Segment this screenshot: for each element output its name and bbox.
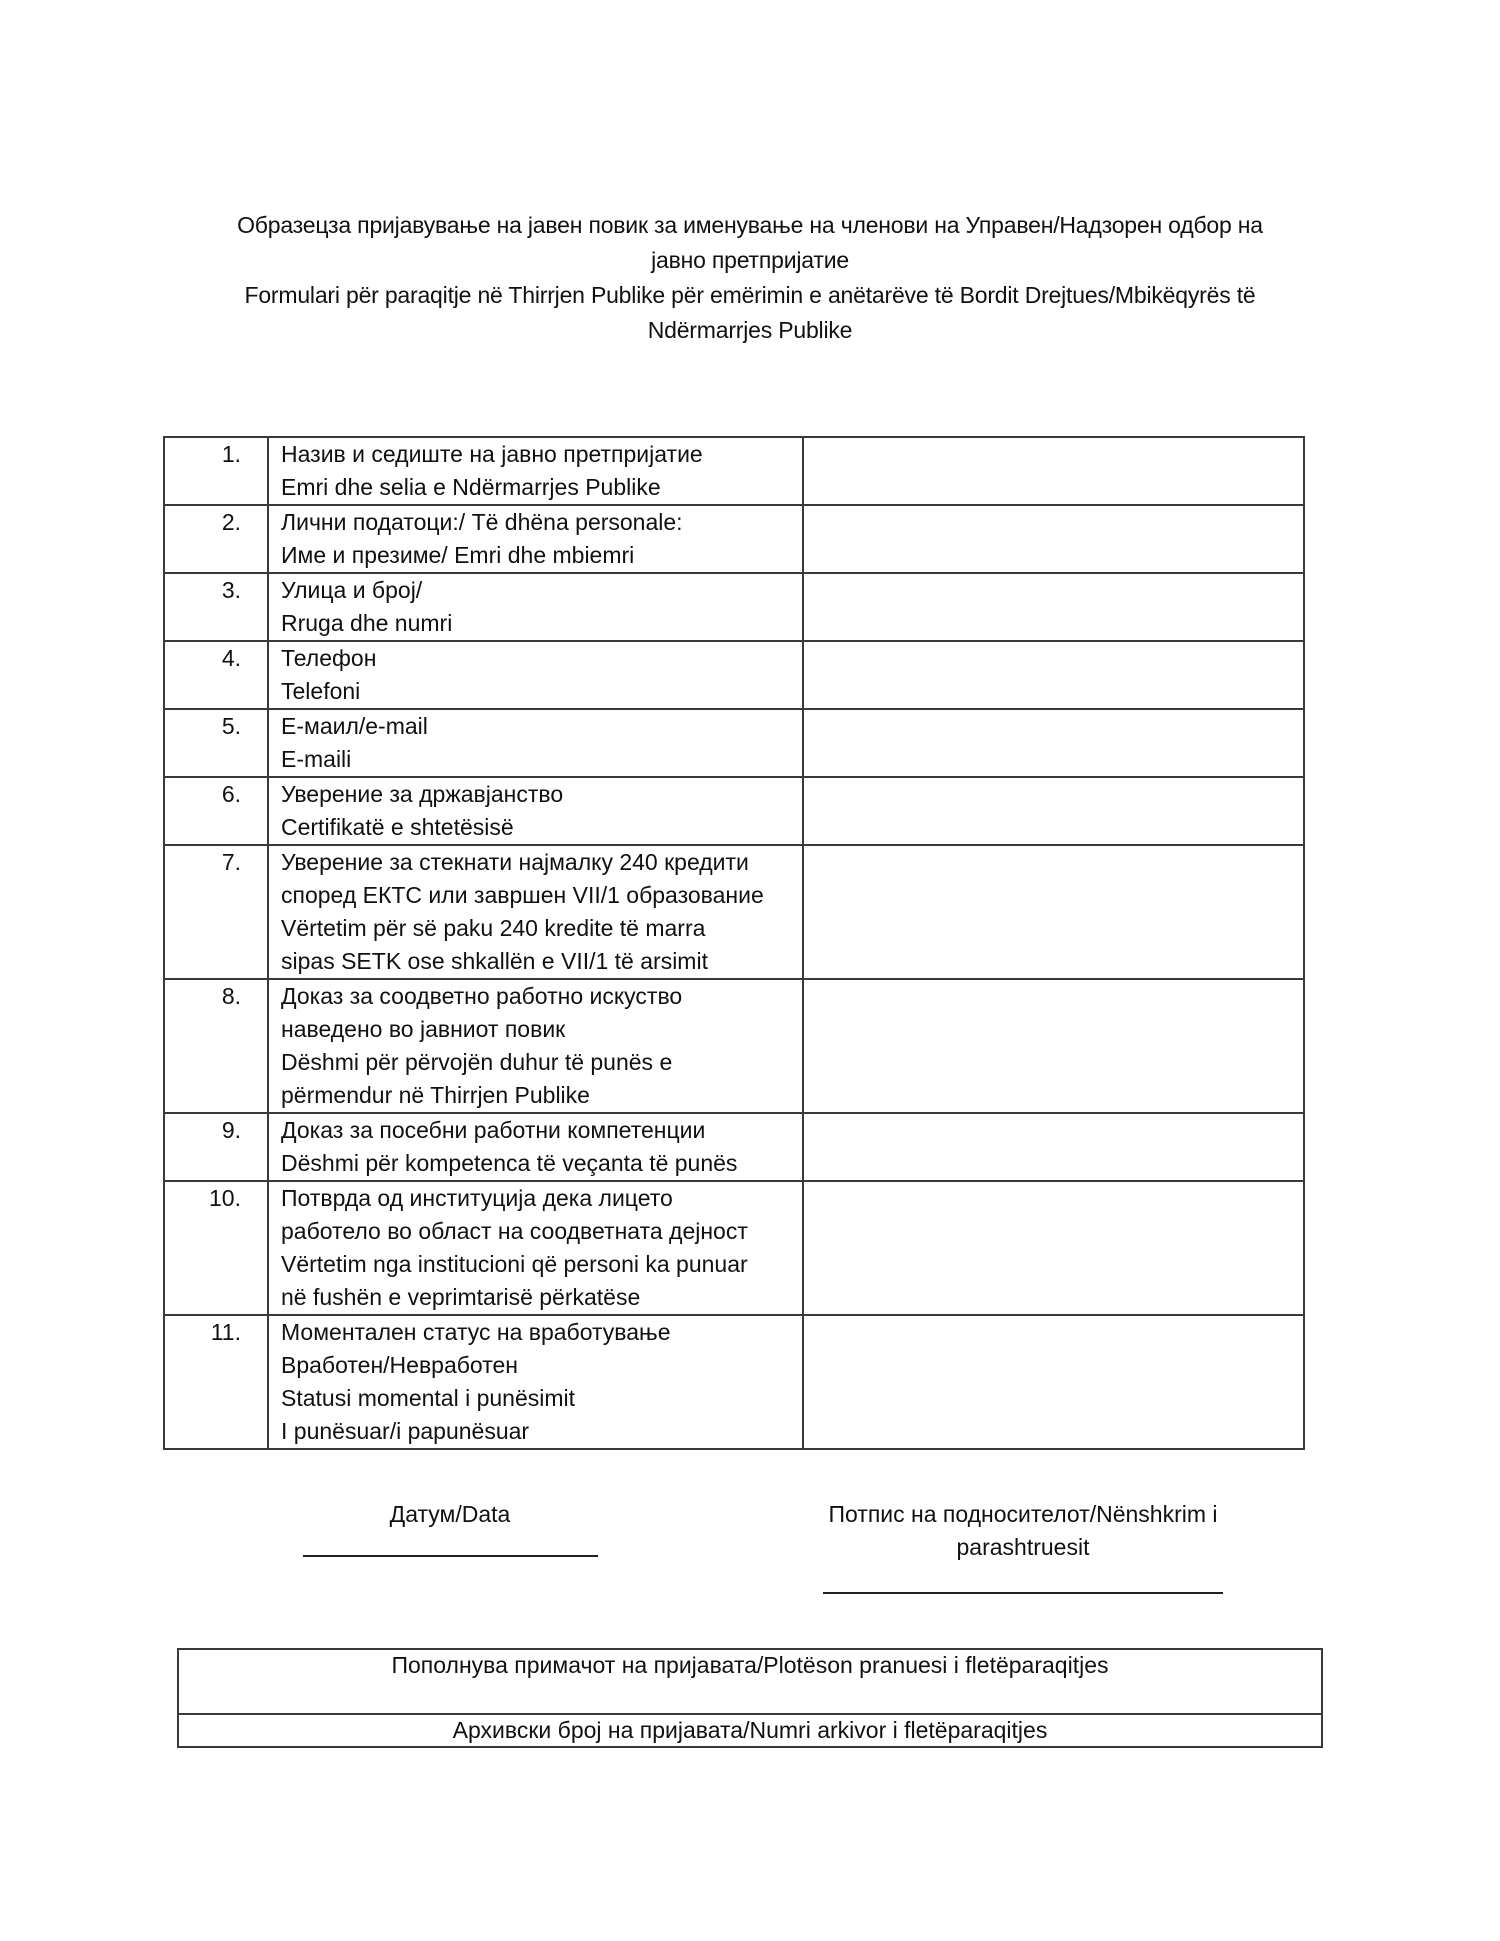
application-form-table: 1.Назив и седиште на јавно претпријатиеE…	[163, 436, 1305, 1450]
date-field[interactable]	[303, 1555, 598, 1557]
row-label: Уверение за стекнати најмалку 240 кредит…	[268, 845, 803, 979]
row-label-line: Certifikatë e shtetësisë	[281, 811, 802, 844]
table-row: 7.Уверение за стекнати најмалку 240 кред…	[164, 845, 1304, 979]
row-label-line: Лични податоци:/ Të dhëna personale:	[281, 506, 802, 539]
title-line-mk-1: Образецза пријавување на јавен повик за …	[150, 208, 1350, 243]
row-label-line: Dëshmi për kompetenca të veçanta të punë…	[281, 1147, 802, 1180]
row-number: 8.	[164, 979, 268, 1113]
row-label: Уверение за државјанствоCertifikatë e sh…	[268, 777, 803, 845]
row-number: 10.	[164, 1181, 268, 1315]
row-label-line: Вработен/Невработен	[281, 1349, 802, 1382]
row-label-line: I punësuar/i papunësuar	[281, 1415, 802, 1448]
row-value-field[interactable]	[803, 437, 1304, 505]
table-row: 10.Потврда од институција дека лицетораб…	[164, 1181, 1304, 1315]
row-number: 11.	[164, 1315, 268, 1449]
row-label-line: Emri dhe selia e Ndërmarrjes Publike	[281, 471, 802, 504]
title-line-sq-2: Ndërmarrjes Publike	[150, 313, 1350, 348]
row-label-line: E-maili	[281, 743, 802, 776]
title-line-sq-1: Formulari për paraqitje në Thirrjen Publ…	[150, 278, 1350, 313]
row-label: Улица и број/Rruga dhe numri	[268, 573, 803, 641]
signature-label-line-1: Потпис на подносителот/Nënshkrim i	[800, 1498, 1246, 1531]
receiver-filled-by-cell[interactable]: Пополнува примачот на пријавата/Plotëson…	[178, 1649, 1322, 1714]
title-line-mk-2: јавно претпријатие	[150, 243, 1350, 278]
table-row: 3.Улица и број/Rruga dhe numri	[164, 573, 1304, 641]
row-label: ТелефонTelefoni	[268, 641, 803, 709]
row-label-line: në fushën e veprimtarisë përkatëse	[281, 1281, 802, 1314]
date-label: Датум/Data	[390, 1501, 511, 1527]
archive-number-label: Архивски број на пријавата/Numri arkivor…	[453, 1717, 1048, 1743]
row-label-line: Уверение за стекнати најмалку 240 кредит…	[281, 846, 802, 879]
table-row: 11.Моментален статус на вработувањеВрабо…	[164, 1315, 1304, 1449]
row-value-field[interactable]	[803, 505, 1304, 573]
row-label-line: Улица и број/	[281, 574, 802, 607]
row-label-line: Потврда од институција дека лицето	[281, 1182, 802, 1215]
row-label-line: Dëshmi për përvojën duhur të punës e	[281, 1046, 802, 1079]
row-value-field[interactable]	[803, 1181, 1304, 1315]
page-title: Образецза пријавување на јавен повик за …	[150, 208, 1350, 348]
receiver-box: Пополнува примачот на пријавата/Plotëson…	[177, 1648, 1323, 1748]
row-label-line: Vërtetim për së paku 240 kredite të marr…	[281, 912, 802, 945]
row-label: Моментален статус на вработувањеВработен…	[268, 1315, 803, 1449]
row-label-line: Rruga dhe numri	[281, 607, 802, 640]
row-label: Назив и седиште на јавно претпријатиеEmr…	[268, 437, 803, 505]
row-label-line: Уверение за државјанство	[281, 778, 802, 811]
row-label-line: Доказ за посебни работни компетенции	[281, 1114, 802, 1147]
row-label-line: përmendur në Thirrjen Publike	[281, 1079, 802, 1112]
receiver-filled-by-label: Пополнува примачот на пријавата/Plotëson…	[391, 1652, 1108, 1678]
row-value-field[interactable]	[803, 979, 1304, 1113]
row-number: 6.	[164, 777, 268, 845]
row-value-field[interactable]	[803, 709, 1304, 777]
row-label-line: Statusi momental i punësimit	[281, 1382, 802, 1415]
row-number: 4.	[164, 641, 268, 709]
row-number: 1.	[164, 437, 268, 505]
row-value-field[interactable]	[803, 845, 1304, 979]
row-value-field[interactable]	[803, 573, 1304, 641]
row-value-field[interactable]	[803, 1315, 1304, 1449]
row-label-line: Vërtetim nga institucioni që personi ka …	[281, 1248, 802, 1281]
row-label: Лични податоци:/ Të dhëna personale:Име …	[268, 505, 803, 573]
signature-section: Потпис на подносителот/Nënshkrim i paras…	[800, 1498, 1246, 1594]
row-label-line: Е-маил/e-mail	[281, 710, 802, 743]
signature-label-line-2: parashtruesit	[800, 1531, 1246, 1564]
table-row: 8.Доказ за соодветно работно искуствонав…	[164, 979, 1304, 1113]
row-label: Доказ за посебни работни компетенцииDësh…	[268, 1113, 803, 1181]
row-number: 3.	[164, 573, 268, 641]
table-row: 1.Назив и седиште на јавно претпријатиеE…	[164, 437, 1304, 505]
row-number: 5.	[164, 709, 268, 777]
form-table-body: 1.Назив и седиште на јавно претпријатиеE…	[164, 437, 1304, 1449]
table-row: 2.Лични податоци:/ Të dhëna personale:Им…	[164, 505, 1304, 573]
row-number: 7.	[164, 845, 268, 979]
row-label-line: Назив и седиште на јавно претпријатие	[281, 438, 802, 471]
row-number: 2.	[164, 505, 268, 573]
row-label-line: Телефон	[281, 642, 802, 675]
row-value-field[interactable]	[803, 641, 1304, 709]
row-label-line: наведено во јавниот повик	[281, 1013, 802, 1046]
row-label-line: работело во област на соодветната дејнос…	[281, 1215, 802, 1248]
signature-field[interactable]	[823, 1592, 1223, 1594]
row-value-field[interactable]	[803, 1113, 1304, 1181]
row-label-line: Доказ за соодветно работно искуство	[281, 980, 802, 1013]
row-label: Доказ за соодветно работно искуствонавед…	[268, 979, 803, 1113]
table-row: 9.Доказ за посебни работни компетенцииDë…	[164, 1113, 1304, 1181]
row-label: Потврда од институција дека лицетоработе…	[268, 1181, 803, 1315]
table-row: 4.ТелефонTelefoni	[164, 641, 1304, 709]
row-label-line: според ЕКТС или завршен VII/1 образовани…	[281, 879, 802, 912]
row-label: Е-маил/e-mailE-maili	[268, 709, 803, 777]
date-section: Датум/Data	[300, 1498, 600, 1557]
row-label-line: Име и презиме/ Emri dhe mbiemri	[281, 539, 802, 572]
row-value-field[interactable]	[803, 777, 1304, 845]
table-row: 5.Е-маил/e-mailE-maili	[164, 709, 1304, 777]
row-label-line: Telefoni	[281, 675, 802, 708]
archive-number-cell[interactable]: Архивски број на пријавата/Numri arkivor…	[178, 1714, 1322, 1747]
row-label-line: Моментален статус на вработување	[281, 1316, 802, 1349]
row-number: 9.	[164, 1113, 268, 1181]
row-label-line: sipas SETK ose shkallën e VII/1 të arsim…	[281, 945, 802, 978]
table-row: 6.Уверение за државјанствоCertifikatë e …	[164, 777, 1304, 845]
